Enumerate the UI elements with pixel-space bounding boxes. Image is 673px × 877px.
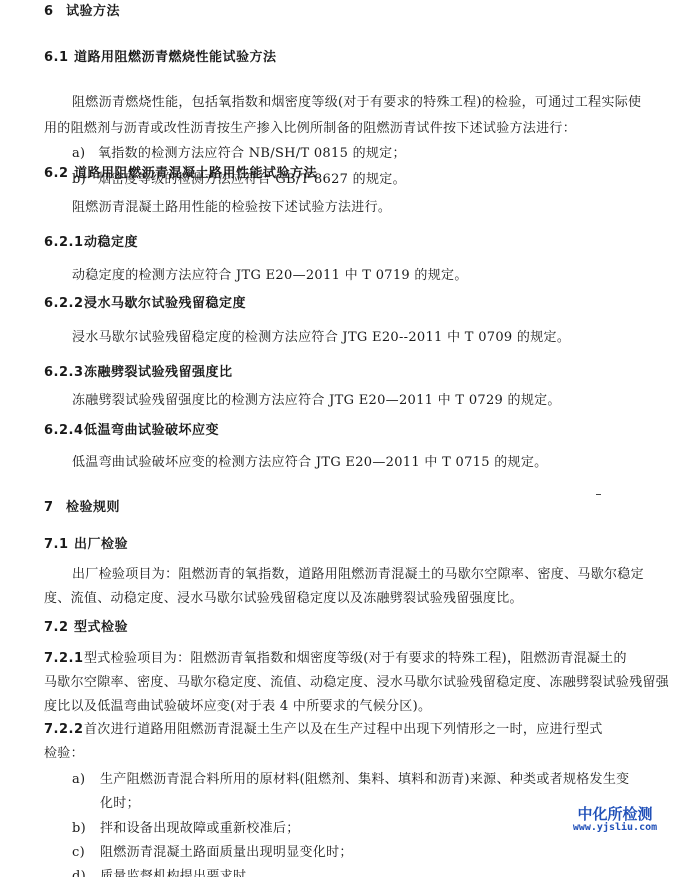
section-title: 浸水马歇尔试验残留稳定度 <box>84 296 246 311</box>
list-marker: b) <box>72 821 100 837</box>
section-number: 7 <box>44 500 66 516</box>
heading-section-6-2-1: 6.2.1动稳定度 <box>44 235 138 251</box>
paragraph-6-1-line-1: 阻燃沥青燃烧性能，包括氧指数和烟密度等级(对于有要求的特殊工程)的检验，可通过工… <box>72 95 641 111</box>
section-title: 型式检验 <box>74 620 128 635</box>
scan-artifact <box>596 494 601 495</box>
watermark-title: 中化所检测 <box>560 806 670 822</box>
watermark-logo: 中化所检测 www.yjsliu.com <box>560 806 670 834</box>
list-marker: a) <box>72 146 98 162</box>
list-text: 氧指数的检测方法应符合 NB/SH/T 0815 的规定； <box>98 146 406 161</box>
heading-section-7-2: 7.2型式检验 <box>44 620 128 636</box>
list-text: 拌和设备出现故障或重新校准后； <box>100 821 300 836</box>
section-number: 6.2 <box>44 166 74 182</box>
section-number: 6.2.3 <box>44 365 84 381</box>
list-item-6-1-a: a)氧指数的检测方法应符合 NB/SH/T 0815 的规定； <box>72 146 406 162</box>
paragraph-7-2-1-line-3: 度比以及低温弯曲试验破坏应变(对于表 4 中所要求的气候分区)。 <box>44 699 431 715</box>
paragraph-text: 型式检验项目为：阻燃沥青氧指数和烟密度等级(对于有要求的特殊工程)，阻燃沥青混凝… <box>84 651 627 666</box>
section-number: 6.2.2 <box>44 296 84 312</box>
heading-section-6: 6试验方法 <box>44 4 120 20</box>
section-number: 6.2.4 <box>44 423 84 439</box>
paragraph-6-2-1: 动稳定度的检测方法应符合 JTG E20—2011 中 T 0719 的规定。 <box>72 268 468 284</box>
section-number: 7.2.1 <box>44 651 84 667</box>
paragraph-7-2-1-line-1: 7.2.1型式检验项目为：阻燃沥青氧指数和烟密度等级(对于有要求的特殊工程)，阻… <box>44 651 627 667</box>
list-item-7-2-2-a-continued: 化时； <box>100 796 140 812</box>
list-marker: c) <box>72 845 100 861</box>
section-number: 7.1 <box>44 537 74 553</box>
section-title: 出厂检验 <box>74 537 128 552</box>
paragraph-6-2-2: 浸水马歇尔试验残留稳定度的检测方法应符合 JTG E20--2011 中 T 0… <box>72 330 570 346</box>
heading-section-6-2-4: 6.2.4低温弯曲试验破坏应变 <box>44 423 219 439</box>
section-title: 道路用阻燃沥青混凝土路用性能试验方法 <box>74 166 317 181</box>
watermark-url: www.yjsliu.com <box>560 822 670 834</box>
paragraph-6-2-3: 冻融劈裂试验残留强度比的检测方法应符合 JTG E20—2011 中 T 072… <box>72 393 561 409</box>
list-item-7-2-2-c: c)阻燃沥青混凝土路面质量出现明显变化时； <box>72 845 353 861</box>
section-number: 7.2 <box>44 620 74 636</box>
paragraph-7-1-line-1: 出厂检验项目为：阻燃沥青的氧指数，道路用阻燃沥青混凝土的马歇尔空隙率、密度、马歇… <box>72 567 644 583</box>
paragraph-6-1-line-2: 用的阻燃剂与沥青或改性沥青按生产掺入比例所制备的阻燃沥青试件按下述试验方法进行： <box>44 121 576 137</box>
paragraph-6-2-4: 低温弯曲试验破坏应变的检测方法应符合 JTG E20—2011 中 T 0715… <box>72 455 547 471</box>
list-item-7-2-2-b: b)拌和设备出现故障或重新校准后； <box>72 821 300 837</box>
section-number: 6.2.1 <box>44 235 84 251</box>
heading-section-6-2-3: 6.2.3冻融劈裂试验残留强度比 <box>44 365 233 381</box>
list-text: 质量监督机构提出要求时。 <box>100 869 260 877</box>
section-number: 6 <box>44 4 66 20</box>
section-title: 检验规则 <box>66 500 120 515</box>
section-number: 7.2.2 <box>44 722 84 738</box>
heading-section-7: 7检验规则 <box>44 500 120 516</box>
list-marker: a) <box>72 772 100 788</box>
heading-section-7-1: 7.1出厂检验 <box>44 537 128 553</box>
paragraph-text: 首次进行道路用阻燃沥青混凝土生产以及在生产过程中出现下列情形之一时，应进行型式 <box>84 722 603 737</box>
section-title: 动稳定度 <box>84 235 138 250</box>
list-item-7-2-2-a: a)生产阻燃沥青混合料所用的原材料(阻燃剂、集料、填料和沥青)来源、种类或者规格… <box>72 772 629 788</box>
paragraph-7-2-1-line-2: 马歇尔空隙率、密度、马歇尔稳定度、流值、动稳定度、浸水马歇尔试验残留稳定度、冻融… <box>44 675 669 691</box>
heading-section-6-2: 6.2道路用阻燃沥青混凝土路用性能试验方法 <box>44 166 317 182</box>
paragraph-6-2: 阻燃沥青混凝土路用性能的检验按下述试验方法进行。 <box>72 200 391 216</box>
list-marker: d) <box>72 869 100 877</box>
section-title: 低温弯曲试验破坏应变 <box>84 423 219 438</box>
paragraph-7-2-2-line-1: 7.2.2首次进行道路用阻燃沥青混凝土生产以及在生产过程中出现下列情形之一时，应… <box>44 722 603 738</box>
document-page: 6试验方法 6.1道路用阻燃沥青燃烧性能试验方法 阻燃沥青燃烧性能，包括氧指数和… <box>0 0 673 877</box>
list-text: 生产阻燃沥青混合料所用的原材料(阻燃剂、集料、填料和沥青)来源、种类或者规格发生… <box>100 772 629 787</box>
section-title: 试验方法 <box>66 4 120 19</box>
paragraph-7-1-line-2: 度、流值、动稳定度、浸水马歇尔试验残留稳定度以及冻融劈裂试验残留强度比。 <box>44 591 523 607</box>
section-title: 冻融劈裂试验残留强度比 <box>84 365 233 380</box>
heading-section-6-1: 6.1道路用阻燃沥青燃烧性能试验方法 <box>44 50 277 66</box>
section-title: 道路用阻燃沥青燃烧性能试验方法 <box>74 50 277 65</box>
list-text: 阻燃沥青混凝土路面质量出现明显变化时； <box>100 845 353 860</box>
list-item-7-2-2-d: d)质量监督机构提出要求时。 <box>72 869 260 877</box>
paragraph-7-2-2-line-2: 检验： <box>44 746 84 762</box>
heading-section-6-2-2: 6.2.2浸水马歇尔试验残留稳定度 <box>44 296 246 312</box>
section-number: 6.1 <box>44 50 74 66</box>
